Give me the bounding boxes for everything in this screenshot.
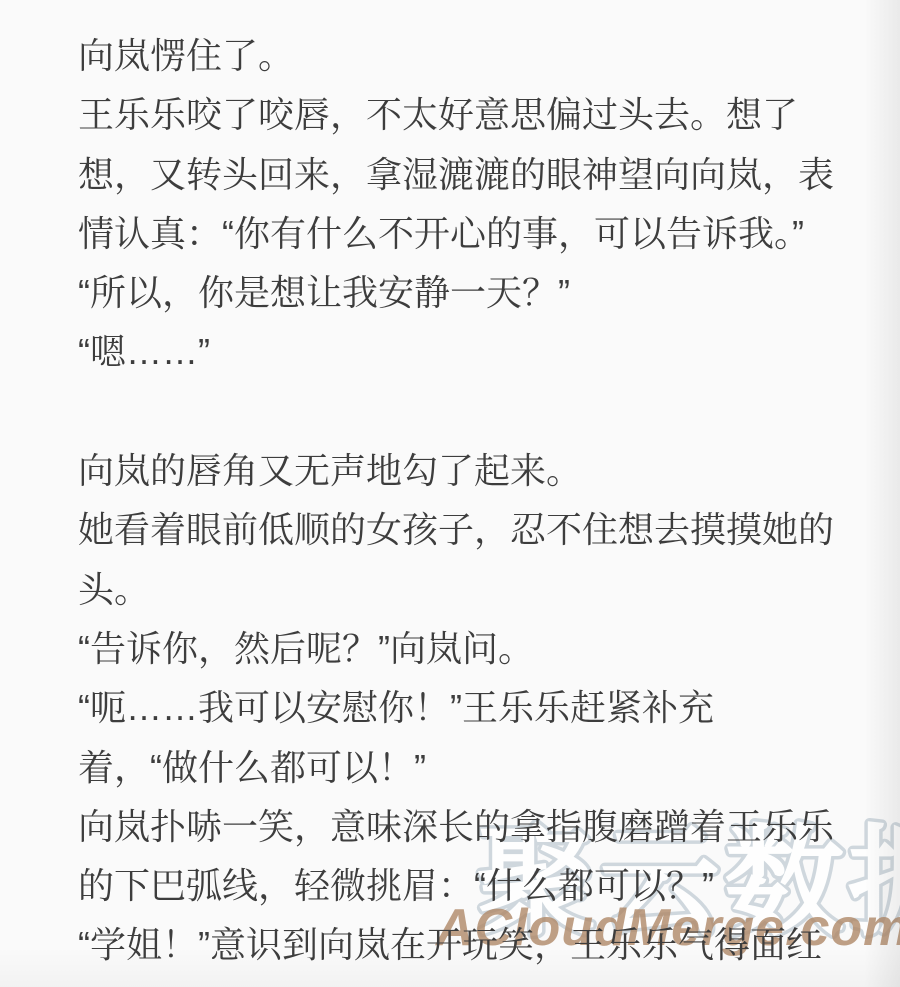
text-line: “呃……我可以安慰你！”王乐乐赶紧补充 xyxy=(78,678,900,737)
reader-page: 聚云数据 ACloudMerge.com 向岚愣住了。王乐乐咬了咬唇，不太好意思… xyxy=(0,0,900,987)
text-line xyxy=(78,382,900,441)
novel-text: 向岚愣住了。王乐乐咬了咬唇，不太好意思偏过头去。想了想，又转头回来，拿湿漉漉的眼… xyxy=(78,26,900,975)
text-line: 想，又转头回来，拿湿漉漉的眼神望向向岚，表 xyxy=(78,145,900,204)
text-line: 着，“做什么都可以！” xyxy=(78,738,900,797)
text-line: “所以，你是想让我安静一天？” xyxy=(78,263,900,322)
text-line: “嗯……” xyxy=(78,322,900,381)
text-line: 向岚的唇角又无声地勾了起来。 xyxy=(78,441,900,500)
text-line: 头。 xyxy=(78,560,900,619)
text-line: 向岚扑哧一笑，意味深长的拿指腹磨蹭着王乐乐 xyxy=(78,797,900,856)
text-line: “学姐！”意识到向岚在开玩笑，王乐乐气得面红 xyxy=(78,915,900,974)
text-line: 的下巴弧线，轻微挑眉：“什么都可以？” xyxy=(78,856,900,915)
text-line: 情认真：“你有什么不开心的事，可以告诉我。” xyxy=(78,204,900,263)
text-line: “告诉你，然后呢？”向岚问。 xyxy=(78,619,900,678)
text-line: 王乐乐咬了咬唇，不太好意思偏过头去。想了 xyxy=(78,85,900,144)
text-line: 向岚愣住了。 xyxy=(78,26,900,85)
text-line: 她看着眼前低顺的女孩子，忍不住想去摸摸她的 xyxy=(78,500,900,559)
